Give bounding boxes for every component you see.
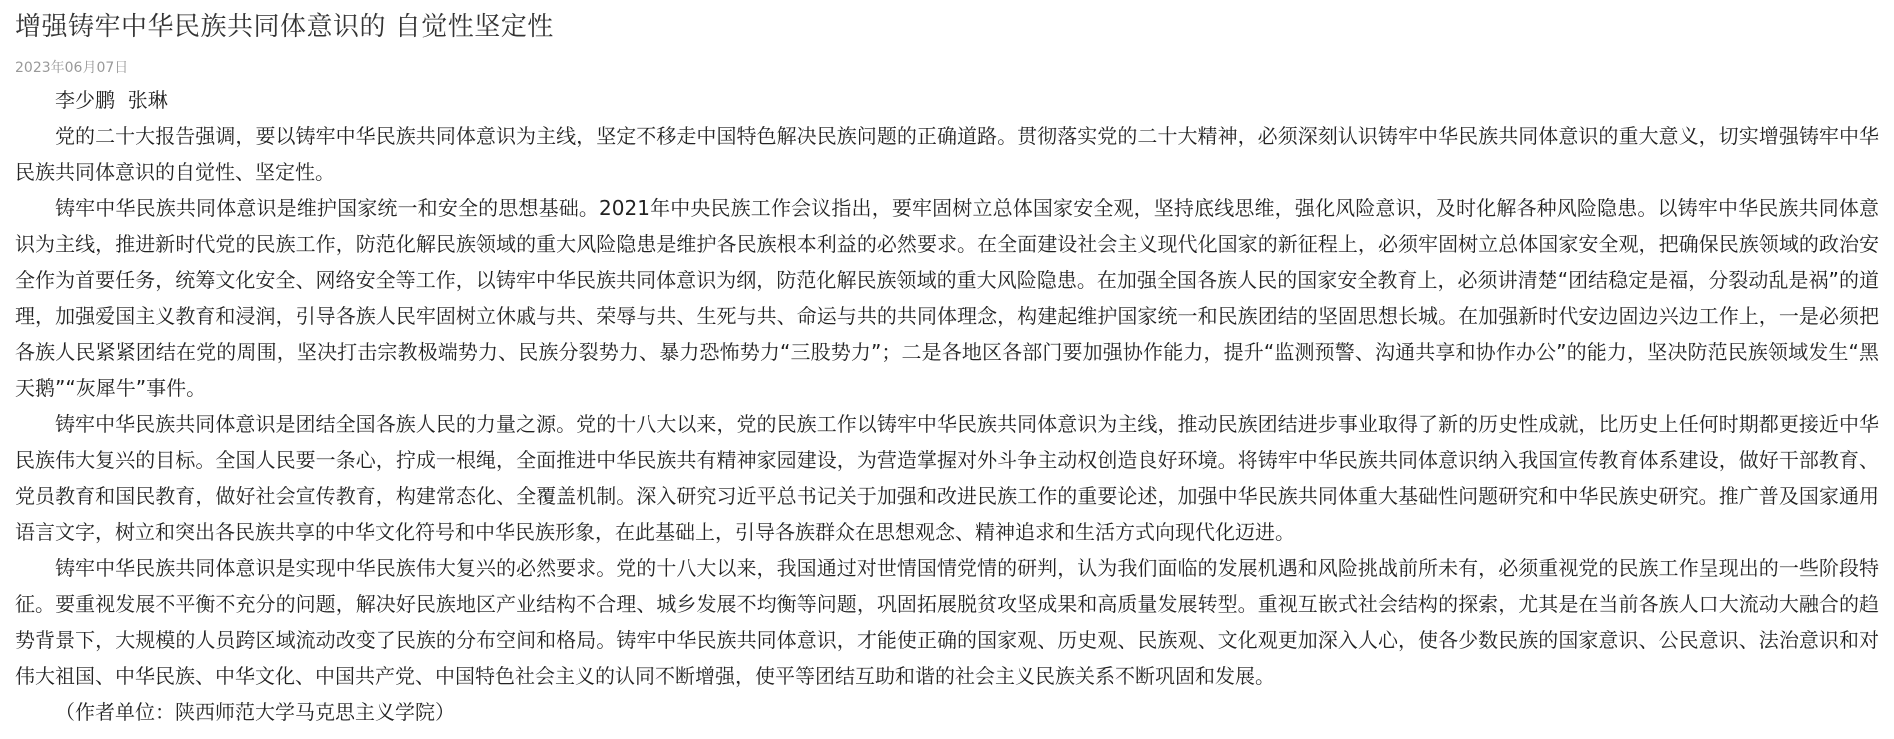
article-body: 李少鹏 张琳 党的二十大报告强调，要以铸牢中华民族共同体意识为主线，坚定不移走中… (15, 82, 1879, 730)
article: 增强铸牢中华民族共同体意识的 自觉性坚定性 2023年06月07日 李少鹏 张琳… (15, 0, 1879, 730)
paragraph: 铸牢中华民族共同体意识是实现中华民族伟大复兴的必然要求。党的十八大以来，我国通过… (15, 550, 1879, 694)
publish-date: 2023年06月07日 (15, 58, 1879, 78)
paragraph: 党的二十大报告强调，要以铸牢中华民族共同体意识为主线，坚定不移走中国特色解决民族… (15, 118, 1879, 190)
author-affiliation: （作者单位：陕西师范大学马克思主义学院） (15, 694, 1879, 730)
author-line: 李少鹏 张琳 (15, 82, 1879, 118)
paragraph: 铸牢中华民族共同体意识是维护国家统一和安全的思想基础。2021年中央民族工作会议… (15, 190, 1879, 406)
article-title: 增强铸牢中华民族共同体意识的 自觉性坚定性 (15, 0, 1879, 44)
paragraph: 铸牢中华民族共同体意识是团结全国各族人民的力量之源。党的十八大以来，党的民族工作… (15, 406, 1879, 550)
